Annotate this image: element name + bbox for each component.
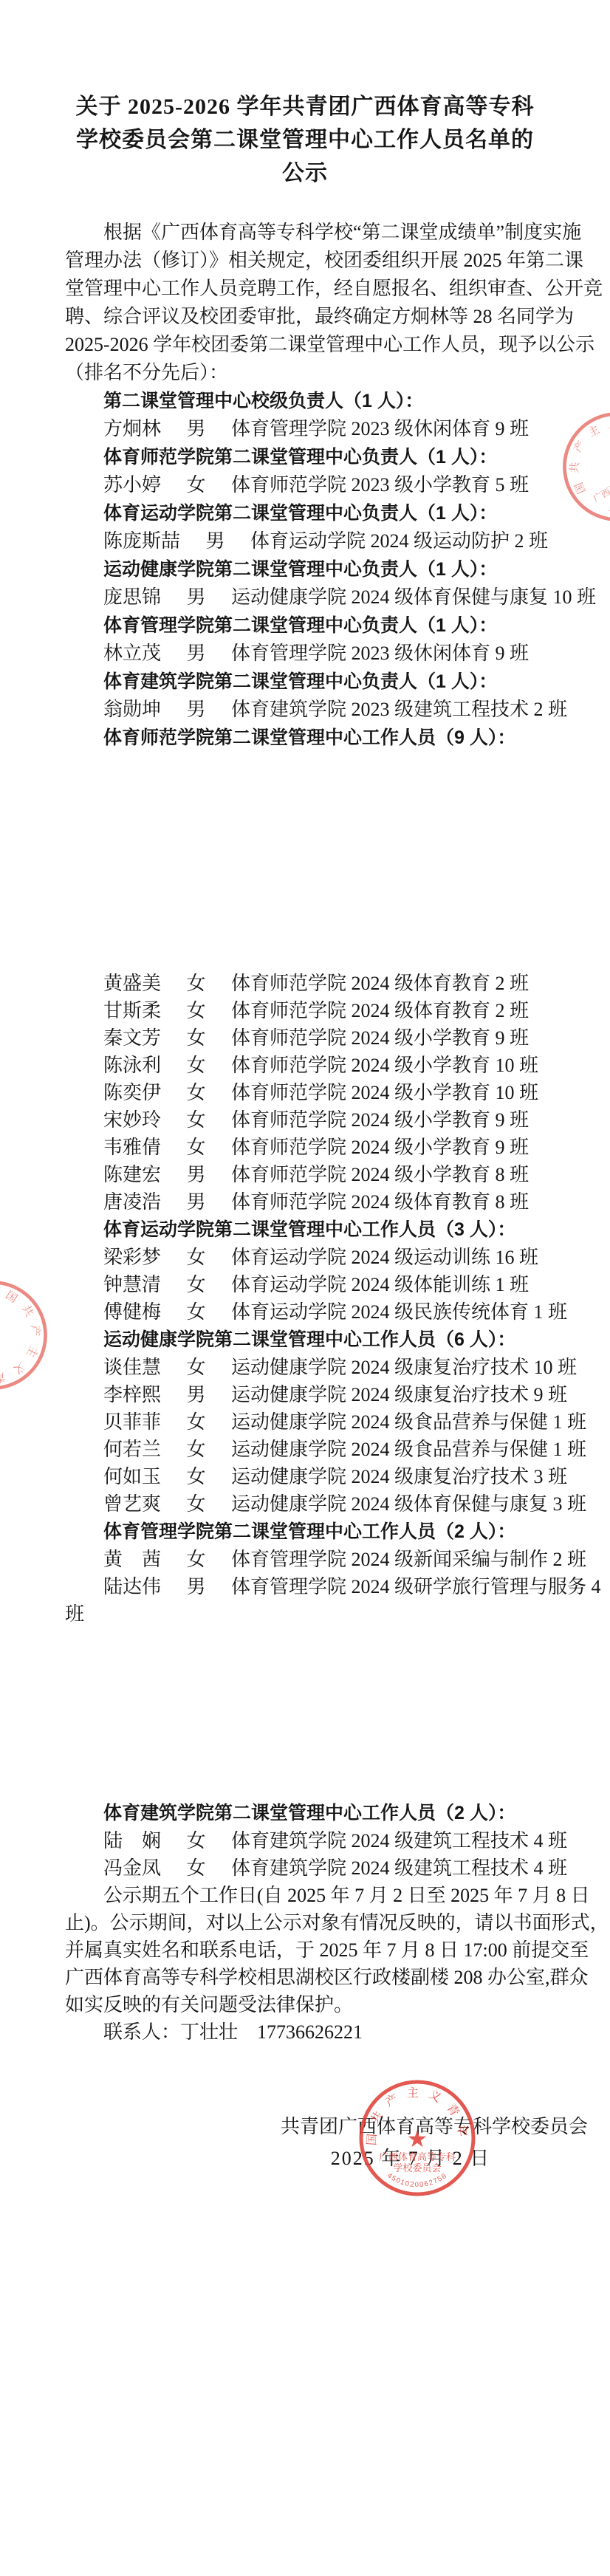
person-name: 何若兰	[103, 1436, 161, 1463]
person-entry: 李梓熙 男 运动健康学院 2024 级康复治疗技术 9 班	[103, 1384, 567, 1405]
document-line: 体育运动学院第二课堂管理中心工作人员（3 人）：	[65, 1216, 554, 1244]
person-name: 李梓熙	[103, 1381, 161, 1408]
person-entry: 冯金凤 女 体育建筑学院 2024 级建筑工程技术 4 班	[103, 1857, 567, 1879]
document-line: 2025-2026 学年校团委第二课堂管理中心工作人员，现予以公示	[65, 331, 554, 359]
paragraph-line: 2025-2026 学年校团委第二课堂管理中心工作人员，现予以公示	[65, 334, 594, 355]
person-gender: 男	[187, 1381, 206, 1408]
person-gender: 女	[187, 1024, 206, 1052]
document-line: 陈庞斯喆 男 体育运动学院 2024 级运动防护 2 班	[65, 527, 554, 555]
person-name: 林立茂	[103, 640, 161, 668]
paragraph-line: 堂管理中心工作人员竞聘工作，经自愿报名、组织审查、公开竞	[65, 278, 603, 299]
document-line: 黄盛美 女 体育师范学院 2024 级体育教育 2 班	[65, 970, 554, 997]
document-line: 何如玉 女 运动健康学院 2024 级康复治疗技术 3 班	[65, 1463, 554, 1490]
person-class-info: 体育师范学院 2024 级体育教育 2 班	[231, 973, 529, 994]
document-line: 体育师范学院第二课堂管理中心负责人（1 人）：	[65, 443, 554, 471]
section-heading: 体育师范学院第二课堂管理中心负责人（1 人）：	[103, 447, 497, 467]
person-name: 苏小婷	[103, 471, 161, 499]
person-entry: 林立茂 男 体育管理学院 2023 级休闲体育 9 班	[103, 643, 529, 664]
person-class-info: 体育师范学院 2024 级小学教育 9 班	[231, 1137, 529, 1158]
seal-ring-text: 中国共产主义青年团	[0, 1271, 72, 1411]
person-entry: 翁勋坤 男 体育建筑学院 2023 级建筑工程技术 2 班	[103, 699, 567, 720]
person-class-info: 运动健康学院 2024 级体育保健与康复 3 班	[231, 1493, 586, 1515]
signature-block: 共青团广西体育高等专科学校委员会 2025 年 7 月 2 日	[281, 2112, 541, 2176]
document-line: 谈佳慧 女 运动健康学院 2024 级康复治疗技术 10 班	[65, 1354, 554, 1381]
document-line: 陈奕伊 女 体育师范学院 2024 级小学教育 10 班	[65, 1079, 554, 1106]
person-class-info: 体育管理学院 2024 级新闻采编与制作 2 班	[231, 1549, 586, 1570]
section-heading: 体育运动学院第二课堂管理中心工作人员（3 人）：	[103, 1219, 515, 1240]
person-name: 宋妙玲	[103, 1106, 161, 1134]
person-entry: 陆达伟 男 体育管理学院 2024 级研学旅行管理与服务 4	[103, 1576, 601, 1597]
document-line: 体育建筑学院第二课堂管理中心负责人（1 人）：	[65, 668, 554, 696]
person-gender: 女	[187, 1244, 206, 1271]
person-gender: 男	[187, 640, 206, 668]
document-line: （排名不分先后）：	[65, 359, 554, 387]
person-entry: 贝菲菲 女 运动健康学院 2024 级食品营养与保健 1 班	[103, 1411, 586, 1433]
person-entry: 苏小婷 女 体育师范学院 2023 级小学教育 5 班	[103, 474, 529, 496]
paragraph-line: 管理办法（修订）》相关规定，校团委组织开展 2025 年第二课	[65, 250, 583, 271]
person-entry: 陈奕伊 女 体育师范学院 2024 级小学教育 10 班	[103, 1082, 538, 1103]
person-entry: 傅健梅 女 体育运动学院 2024 级民族传统体育 1 班	[103, 1301, 567, 1323]
document-line: 管理办法（修订）》相关规定，校团委组织开展 2025 年第二课	[65, 247, 554, 275]
person-gender: 女	[187, 1827, 206, 1854]
title-line-2: 学校委员会第二课堂管理中心工作人员名单的	[0, 123, 610, 157]
person-gender: 女	[187, 997, 206, 1024]
person-entry: 黄盛美 女 体育师范学院 2024 级体育教育 2 班	[103, 973, 529, 994]
person-name: 秦文芳	[103, 1024, 161, 1052]
person-gender: 女	[187, 1463, 206, 1490]
person-class-info: 体育管理学院 2023 级休闲体育 9 班	[231, 418, 529, 439]
notice-title: 关于 2025-2026 学年共青团广西体育高等专科 学校委员会第二课堂管理中心…	[0, 90, 610, 190]
person-name: 陈泳利	[103, 1052, 161, 1079]
section-heading: 体育管理学院第二课堂管理中心工作人员（2 人）：	[103, 1521, 515, 1542]
document-line: 联系人：丁壮壮 17736626221	[65, 2018, 554, 2046]
document-line: 梁彩梦 女 体育运动学院 2024 级运动训练 16 班	[65, 1244, 554, 1271]
person-gender: 女	[187, 1354, 206, 1381]
person-gender: 女	[187, 471, 206, 499]
scanned-notice-page: 关于 2025-2026 学年共青团广西体育高等专科 学校委员会第二课堂管理中心…	[0, 0, 610, 2576]
person-class-info: 运动健康学院 2024 级康复治疗技术 10 班	[231, 1357, 577, 1378]
document-line: 秦文芳 女 体育师范学院 2024 级小学教育 9 班	[65, 1024, 554, 1052]
paragraph-line: （排名不分先后）：	[65, 362, 228, 383]
person-class-info: 体育师范学院 2024 级小学教育 9 班	[231, 1027, 529, 1049]
person-gender: 男	[187, 696, 206, 724]
person-gender: 女	[187, 1052, 206, 1079]
person-gender: 女	[187, 1854, 206, 1882]
person-entry: 何若兰 女 运动健康学院 2024 级食品营养与保健 1 班	[103, 1439, 586, 1460]
person-name: 陈建宏	[103, 1161, 161, 1188]
document-line: 曾艺爽 女 运动健康学院 2024 级体育保健与康复 3 班	[65, 1490, 554, 1518]
document-line: 何若兰 女 运动健康学院 2024 级食品营养与保健 1 班	[65, 1436, 554, 1463]
person-class-info: 运动健康学院 2024 级食品营养与保健 1 班	[231, 1411, 586, 1433]
person-entry: 黄 茜 女 体育管理学院 2024 级新闻采编与制作 2 班	[103, 1549, 586, 1570]
person-entry: 秦文芳 女 体育师范学院 2024 级小学教育 9 班	[103, 1027, 529, 1049]
section-heading: 体育师范学院第二课堂管理中心工作人员（9 人）：	[103, 727, 515, 748]
person-class-info: 体育建筑学院 2023 级建筑工程技术 2 班	[231, 699, 567, 720]
document-line: 并属真实姓名和联系电话，于 2025 年 7 月 8 日 17:00 前提交至	[65, 1936, 554, 1964]
person-class-info: 体育管理学院 2024 级研学旅行管理与服务 4	[231, 1576, 601, 1597]
person-gender: 男	[187, 1188, 206, 1216]
person-class-info: 体育师范学院 2024 级小学教育 9 班	[231, 1109, 529, 1131]
person-name: 冯金凤	[103, 1854, 161, 1882]
person-gender: 男	[187, 415, 206, 443]
svg-text:4501020062758: 4501020062758	[606, 481, 610, 523]
document-line: 堂管理中心工作人员竞聘工作，经自愿报名、组织审查、公开竞	[65, 275, 554, 303]
person-gender: 男	[187, 583, 206, 612]
person-entry: 韦雅倩 女 体育师范学院 2024 级小学教育 9 班	[103, 1137, 529, 1158]
person-entry: 梁彩梦 女 体育运动学院 2024 级运动训练 16 班	[103, 1247, 538, 1268]
document-line: 第二课堂管理中心校级负责人（1 人）：	[65, 387, 554, 415]
issue-date: 2025 年 7 月 2 日	[281, 2142, 541, 2176]
document-line: 黄 茜 女 体育管理学院 2024 级新闻采编与制作 2 班	[65, 1546, 554, 1573]
person-class-info: 体育管理学院 2023 级休闲体育 9 班	[231, 643, 529, 664]
document-line: 陈建宏 男 体育师范学院 2024 级小学教育 8 班	[65, 1161, 554, 1188]
person-class-info: 体育师范学院 2023 级小学教育 5 班	[231, 474, 529, 496]
person-name: 陆 娴	[103, 1827, 161, 1854]
document-line: 运动健康学院第二课堂管理中心工作人员（6 人）：	[65, 1326, 554, 1354]
person-name: 陈庞斯喆	[103, 527, 180, 555]
person-entry: 陆 娴 女 体育建筑学院 2024 级建筑工程技术 4 班	[103, 1830, 567, 1851]
person-gender: 女	[187, 1490, 206, 1518]
person-gender: 男	[206, 527, 225, 555]
document-line: 陆 娴 女 体育建筑学院 2024 级建筑工程技术 4 班	[65, 1827, 554, 1854]
person-entry: 曾艺爽 女 运动健康学院 2024 级体育保健与康复 3 班	[103, 1493, 586, 1515]
person-gender: 女	[187, 1546, 206, 1573]
document-line: 根据《广西体育高等专科学校“第二课堂成绩单”制度实施	[65, 219, 554, 247]
document-line: 方炯林 男 体育管理学院 2023 级休闲体育 9 班	[65, 415, 554, 443]
person-name: 方炯林	[103, 415, 161, 443]
document-line: 贝菲菲 女 运动健康学院 2024 级食品营养与保健 1 班	[65, 1408, 554, 1436]
person-name: 庞思锦	[103, 583, 161, 612]
paragraph-line: 公示期五个工作日(自 2025 年 7 月 2 日至 2025 年 7 月 8 …	[103, 1885, 590, 1906]
document-line: 体育建筑学院第二课堂管理中心工作人员（2 人）：	[65, 1799, 554, 1827]
person-name: 黄 茜	[103, 1546, 161, 1573]
person-entry: 何如玉 女 运动健康学院 2024 级康复治疗技术 3 班	[103, 1466, 567, 1487]
section-heading: 运动健康学院第二课堂管理中心负责人（1 人）：	[103, 559, 497, 580]
person-class-info: 体育建筑学院 2024 级建筑工程技术 4 班	[231, 1857, 567, 1879]
person-class-info: 体育师范学院 2024 级小学教育 8 班	[231, 1164, 529, 1185]
person-name: 陆达伟	[103, 1573, 161, 1600]
document-line: 班	[65, 1600, 554, 1628]
person-name: 何如玉	[103, 1463, 161, 1490]
document-line: 韦雅倩 女 体育师范学院 2024 级小学教育 9 班	[65, 1134, 554, 1161]
document-line: 庞思锦 男 运动健康学院 2024 级体育保健与康复 10 班	[65, 583, 554, 612]
document-line: 体育管理学院第二课堂管理中心负责人（1 人）：	[65, 612, 554, 640]
person-name: 黄盛美	[103, 970, 161, 997]
document-line: 翁勋坤 男 体育建筑学院 2023 级建筑工程技术 2 班	[65, 696, 554, 724]
document-line: 止)。公示期间，对以上公示对象有情况反映的，请以书面形式，	[65, 1909, 554, 1936]
paging-seal-left-fragment-icon: 中国共产主义青年团 广西体育高等专科 学校委员会 4501020062758	[0, 1256, 72, 1415]
person-name: 甘斯柔	[103, 997, 161, 1024]
document-line: 体育师范学院第二课堂管理中心工作人员（9 人）：	[65, 724, 554, 752]
person-entry: 甘斯柔 女 体育师范学院 2024 级体育教育 2 班	[103, 1000, 529, 1021]
title-line-3: 公示	[0, 157, 610, 190]
person-name: 韦雅倩	[103, 1134, 161, 1161]
person-class-info: 运动健康学院 2024 级体育保健与康复 10 班	[231, 586, 596, 608]
person-class-info: 体育运动学院 2024 级运动训练 16 班	[231, 1247, 538, 1268]
document-line: 运动健康学院第二课堂管理中心负责人（1 人）：	[65, 555, 554, 583]
person-class-info: 运动健康学院 2024 级食品营养与保健 1 班	[231, 1439, 586, 1460]
person-class-info: 体育师范学院 2024 级体育教育 8 班	[231, 1191, 529, 1213]
person-class-info: 运动健康学院 2024 级康复治疗技术 9 班	[231, 1384, 567, 1405]
document-line: 聘、综合评议及校团委审批，最终确定方炯林等 28 名同学为	[65, 303, 554, 331]
document-line: 唐凌浩 男 体育师范学院 2024 级体育教育 8 班	[65, 1188, 554, 1216]
section-heading: 体育建筑学院第二课堂管理中心工作人员（2 人）：	[103, 1803, 515, 1823]
person-class-info: 体育师范学院 2024 级体育教育 2 班	[231, 1000, 529, 1021]
section-heading: 运动健康学院第二课堂管理中心工作人员（6 人）：	[103, 1329, 515, 1350]
roster-page-2: 黄盛美 女 体育师范学院 2024 级体育教育 2 班 甘斯柔 女 体育师范学院…	[65, 970, 554, 1628]
document-line: 冯金凤 女 体育建筑学院 2024 级建筑工程技术 4 班	[65, 1854, 554, 1882]
document-line: 如实反映的有关问题受法律保护。	[65, 1991, 554, 2018]
person-entry: 陈泳利 女 体育师范学院 2024 级小学教育 10 班	[103, 1055, 538, 1076]
person-class-info: 体育建筑学院 2024 级建筑工程技术 4 班	[231, 1830, 567, 1851]
paragraph-line: 并属真实姓名和联系电话，于 2025 年 7 月 8 日 17:00 前提交至	[65, 1939, 589, 1961]
person-entry: 钟慧清 女 体育运动学院 2024 级体能训练 1 班	[103, 1274, 529, 1295]
roster-and-closing-page-3: 体育建筑学院第二课堂管理中心工作人员（2 人）： 陆 娴 女 体育建筑学院 20…	[65, 1799, 554, 2046]
document-line: 陈泳利 女 体育师范学院 2024 级小学教育 10 班	[65, 1052, 554, 1079]
document-line: 宋妙玲 女 体育师范学院 2024 级小学教育 9 班	[65, 1106, 554, 1134]
person-gender: 女	[187, 1134, 206, 1161]
seal-org-line1: 广西体育高等专科	[591, 460, 610, 504]
intro-paragraph: 根据《广西体育高等专科学校“第二课堂成绩单”制度实施 管理办法（修订）》相关规定…	[65, 219, 554, 387]
seal-code: 4501020062758	[606, 481, 610, 523]
document-line: 陆达伟 男 体育管理学院 2024 级研学旅行管理与服务 4	[65, 1573, 554, 1600]
person-name: 曾艺爽	[103, 1490, 161, 1518]
person-gender: 女	[187, 1271, 206, 1298]
person-name: 陈奕伊	[103, 1079, 161, 1106]
document-line: 林立茂 男 体育管理学院 2023 级休闲体育 9 班	[65, 640, 554, 668]
person-entry: 谈佳慧 女 运动健康学院 2024 级康复治疗技术 10 班	[103, 1357, 577, 1378]
person-entry: 庞思锦 男 运动健康学院 2024 级体育保健与康复 10 班	[103, 586, 596, 608]
person-entry: 唐凌浩 男 体育师范学院 2024 级体育教育 8 班	[103, 1191, 529, 1213]
person-class-info: 体育运动学院 2024 级体能训练 1 班	[231, 1274, 529, 1295]
document-line: 体育运动学院第二课堂管理中心负责人（1 人）：	[65, 499, 554, 527]
person-gender: 女	[187, 1298, 206, 1326]
person-class-info: 体育师范学院 2024 级小学教育 10 班	[231, 1082, 538, 1103]
person-gender: 女	[187, 970, 206, 997]
person-entry: 陈建宏 男 体育师范学院 2024 级小学教育 8 班	[103, 1164, 529, 1185]
person-class-info: 体育运动学院 2024 级民族传统体育 1 班	[231, 1301, 567, 1323]
document-line: 李梓熙 男 运动健康学院 2024 级康复治疗技术 9 班	[65, 1381, 554, 1408]
person-name: 翁勋坤	[103, 696, 161, 724]
document-line: 体育管理学院第二课堂管理中心工作人员（2 人）：	[65, 1518, 554, 1546]
svg-text:中国共产主义青年团: 中国共产主义青年团	[0, 1271, 72, 1411]
section-heading: 体育管理学院第二课堂管理中心负责人（1 人）：	[103, 615, 497, 636]
person-gender: 女	[187, 1408, 206, 1436]
section-heading: 第二课堂管理中心校级负责人（1 人）：	[103, 391, 423, 411]
document-line: 苏小婷 女 体育师范学院 2023 级小学教育 5 班	[65, 471, 554, 499]
person-gender: 女	[187, 1436, 206, 1463]
document-line: 钟慧清 女 体育运动学院 2024 级体能训练 1 班	[65, 1271, 554, 1298]
paragraph-line: 广西体育高等专科学校相思湖校区行政楼副楼 208 办公室,群众	[65, 1967, 589, 1988]
paragraph-line: 如实反映的有关问题受法律保护。	[65, 1994, 353, 2015]
person-name: 梁彩梦	[103, 1244, 161, 1271]
title-line-1: 关于 2025-2026 学年共青团广西体育高等专科	[0, 90, 610, 123]
issuing-organization: 共青团广西体育高等专科学校委员会	[281, 2112, 541, 2142]
section-heading: 体育运动学院第二课堂管理中心负责人（1 人）：	[103, 503, 497, 524]
document-line: 甘斯柔 女 体育师范学院 2024 级体育教育 2 班	[65, 997, 554, 1024]
person-entry: 方炯林 男 体育管理学院 2023 级休闲体育 9 班	[103, 418, 529, 439]
person-gender: 男	[187, 1573, 206, 1600]
person-name: 贝菲菲	[103, 1408, 161, 1436]
person-name: 唐凌浩	[103, 1188, 161, 1216]
roster-page-1: 第二课堂管理中心校级负责人（1 人）： 方炯林 男 体育管理学院 2023 级休…	[65, 387, 554, 752]
person-class-info: 运动健康学院 2024 级康复治疗技术 3 班	[231, 1466, 567, 1487]
wrapped-continuation: 班	[65, 1603, 84, 1625]
person-class-info: 体育运动学院 2024 级运动防护 2 班	[250, 530, 548, 552]
person-entry: 陈庞斯喆 男 体育运动学院 2024 级运动防护 2 班	[103, 530, 548, 552]
paragraph-line: 止)。公示期间，对以上公示对象有情况反映的，请以书面形式，	[65, 1912, 609, 1933]
person-name: 谈佳慧	[103, 1354, 161, 1381]
person-entry: 宋妙玲 女 体育师范学院 2024 级小学教育 9 班	[103, 1109, 529, 1131]
paragraph-line: 联系人：丁壮壮 17736626221	[103, 2021, 363, 2043]
document-line: 公示期五个工作日(自 2025 年 7 月 2 日至 2025 年 7 月 8 …	[65, 1882, 554, 1909]
section-heading: 体育建筑学院第二课堂管理中心负责人（1 人）：	[103, 671, 497, 692]
person-class-info: 体育师范学院 2024 级小学教育 10 班	[231, 1055, 538, 1076]
paragraph-line: 聘、综合评议及校团委审批，最终确定方炯林等 28 名同学为	[65, 306, 574, 327]
person-gender: 男	[187, 1161, 206, 1188]
person-name: 傅健梅	[103, 1298, 161, 1326]
document-line: 广西体育高等专科学校相思湖校区行政楼副楼 208 办公室,群众	[65, 1964, 554, 1991]
person-name: 钟慧清	[103, 1271, 161, 1298]
person-gender: 女	[187, 1106, 206, 1134]
document-line: 傅健梅 女 体育运动学院 2024 级民族传统体育 1 班	[65, 1298, 554, 1326]
person-gender: 女	[187, 1079, 206, 1106]
paragraph-line: 根据《广西体育高等专科学校“第二课堂成绩单”制度实施	[103, 222, 581, 243]
